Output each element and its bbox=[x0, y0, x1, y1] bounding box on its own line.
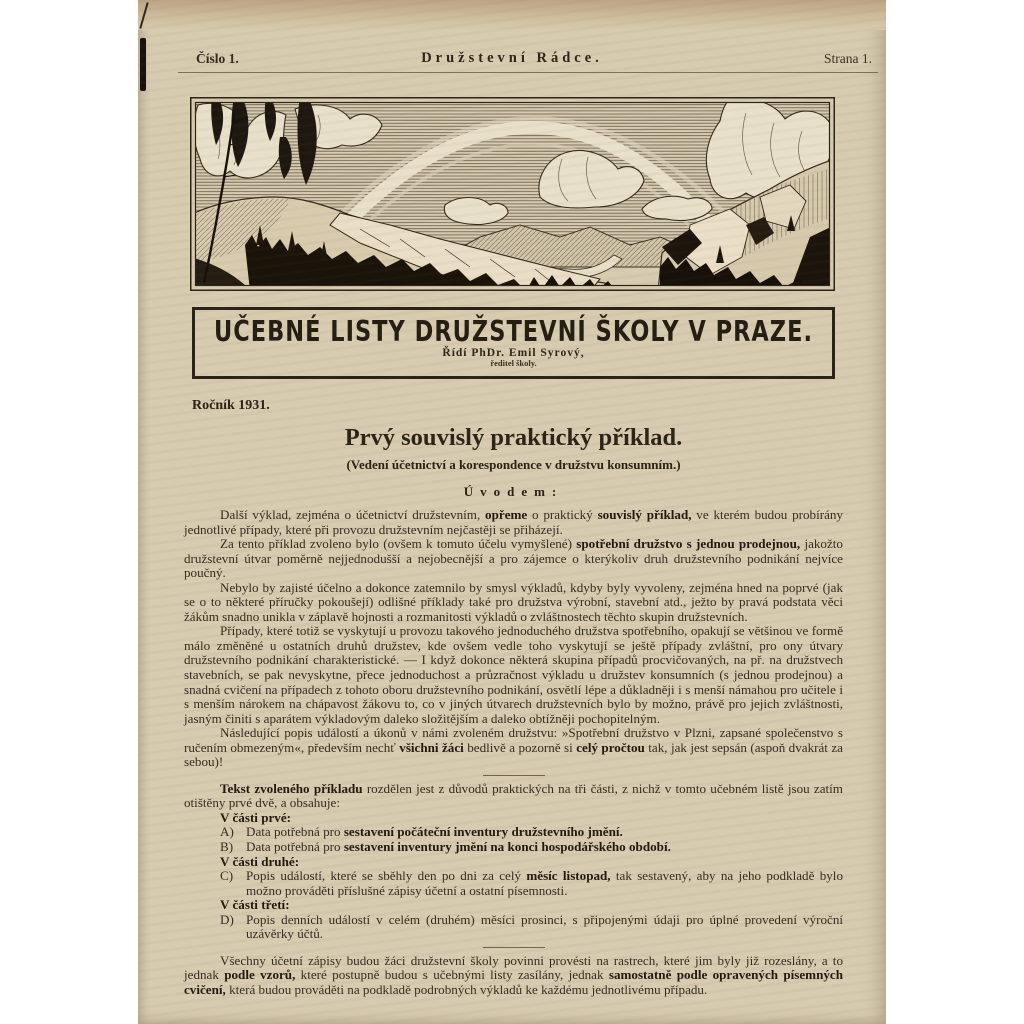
paragraph: Za tento příklad zvoleno bylo (ovšem k t… bbox=[184, 537, 843, 581]
item-label: D) bbox=[220, 913, 234, 928]
masthead-box: UČEBNÉ LISTY DRUŽSTEVNÍ ŠKOLY V PRAZE. Ř… bbox=[192, 307, 835, 379]
volume-label: Ročník 1931. bbox=[192, 398, 843, 414]
list-item-b: B) Data potřebná pro sestavení inventury… bbox=[184, 840, 843, 855]
header-rule bbox=[178, 72, 878, 73]
masthead-editor-role: ředitel školy. bbox=[195, 359, 832, 368]
item-text: Popis událostí, které se sběhly den po d… bbox=[246, 868, 843, 898]
part-heading: V části druhé: bbox=[220, 855, 843, 870]
list-item-d: D) Popis denních událostí v celém (druhé… bbox=[184, 913, 843, 942]
article-content: Ročník 1931. Prvý souvislý praktický pří… bbox=[184, 398, 843, 998]
scanned-journal-page: Číslo 1. Družstevní Rádce. Strana 1. bbox=[0, 0, 1024, 1024]
paragraph: Případy, které totiž se vyskytují u prov… bbox=[184, 624, 843, 726]
part-heading: V části prvé: bbox=[220, 811, 843, 826]
paragraph: Následující popis událostí a úkonů v nám… bbox=[184, 726, 843, 770]
item-label: A) bbox=[220, 825, 234, 840]
article-title: Prvý souvislý praktický příklad. bbox=[184, 424, 843, 452]
section-divider bbox=[483, 947, 545, 948]
item-text: Data potřebná pro sestavení počáteční in… bbox=[246, 824, 623, 839]
list-item-a: A) Data potřebná pro sestavení počáteční… bbox=[184, 825, 843, 840]
closing-paragraph: Všechny účetní zápisy budou žáci družste… bbox=[184, 954, 843, 998]
intro-heading: Úvodem: bbox=[184, 484, 843, 500]
article-body: Další výklad, zejména o účetnictví družs… bbox=[184, 508, 843, 998]
item-label: C) bbox=[220, 869, 233, 884]
item-text: Data potřebná pro sestavení inventury jm… bbox=[246, 839, 671, 854]
plan-paragraph: Tekst zvoleného příkladu rozdělen jest z… bbox=[184, 782, 843, 811]
masthead-title: UČEBNÉ LISTY DRUŽSTEVNÍ ŠKOLY V PRAZE. bbox=[195, 319, 832, 345]
header-journal-title: Družstevní Rádce. bbox=[138, 50, 886, 67]
paragraph: Další výklad, zejména o účetnictví družs… bbox=[184, 508, 843, 537]
section-divider bbox=[483, 775, 545, 776]
rainbow-landscape-illustration bbox=[190, 97, 835, 291]
corner-crease-mark bbox=[139, 2, 148, 29]
part-heading: V části třetí: bbox=[220, 898, 843, 913]
item-text: Popis denních událostí v celém (druhém) … bbox=[246, 912, 843, 942]
header-page-number: Strana 1. bbox=[824, 51, 872, 67]
list-item-c: C) Popis událostí, které se sběhly den p… bbox=[184, 869, 843, 898]
item-label: B) bbox=[220, 840, 233, 855]
paper-sheet: Číslo 1. Družstevní Rádce. Strana 1. bbox=[138, 0, 886, 1024]
article-subtitle: (Vedení účetnictví a korespondence v dru… bbox=[184, 457, 843, 473]
paragraph: Nebylo by zajisté účelno a dokonce zatem… bbox=[184, 581, 843, 625]
